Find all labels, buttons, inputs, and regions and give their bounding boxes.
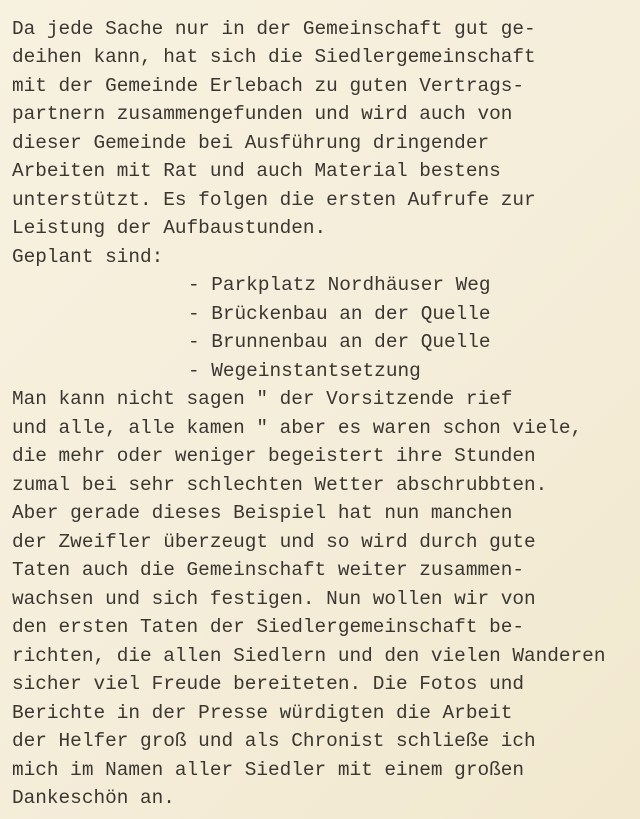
planned-item: - Brückenbau an der Quelle [188,303,491,325]
typewritten-page: Da jede Sache nur in der Gemeinschaft gu… [0,0,640,819]
text-line: Taten auch die Gemeinschaft weiter zusam… [12,559,524,581]
planned-item: - Parkplatz Nordhäuser Weg [188,274,491,296]
text-line: Arbeiten mit Rat und auch Material beste… [12,160,501,182]
text-line: Leistung der Aufbaustunden. [12,217,326,239]
text-line: unterstützt. Es folgen die ersten Aufruf… [12,189,536,211]
planned-item: - Wegeinstantsetzung [188,360,421,382]
text-line: Man kann nicht sagen " der Vorsitzende r… [12,388,512,410]
text-line: mit der Gemeinde Erlebach zu guten Vertr… [12,75,524,97]
text-line: zumal bei sehr schlechten Wetter abschru… [12,474,547,496]
planned-heading: Geplant sind: [12,246,163,268]
text-line: mich im Namen aller Siedler mit einem gr… [12,759,524,781]
text-line: Aber gerade dieses Beispiel hat nun manc… [12,502,512,524]
text-line: der Zweifler überzeugt und so wird durch… [12,531,536,553]
planned-item: - Brunnenbau an der Quelle [188,331,491,353]
text-line: Berichte in der Presse würdigten die Arb… [12,702,512,724]
text-line: partnern zusammengefunden und wird auch … [12,103,512,125]
text-line: dieser Gemeinde bei Ausführung dringende… [12,132,489,154]
text-line: deihen kann, hat sich die Siedlergemeins… [12,46,536,68]
text-line: Da jede Sache nur in der Gemeinschaft gu… [12,18,536,40]
text-line: sicher viel Freude bereiteten. Die Fotos… [12,673,524,695]
text-line: richten, die allen Siedlern und den viel… [12,645,605,667]
text-line: Dankeschön an. [12,787,175,809]
text-line: den ersten Taten der Siedlergemeinschaft… [12,616,524,638]
text-line: und alle, alle kamen " aber es waren sch… [12,417,582,439]
text-line: der Helfer groß und als Chronist schließ… [12,730,536,752]
text-line: die mehr oder weniger begeistert ihre St… [12,445,536,467]
text-line: wachsen und sich festigen. Nun wollen wi… [12,588,536,610]
